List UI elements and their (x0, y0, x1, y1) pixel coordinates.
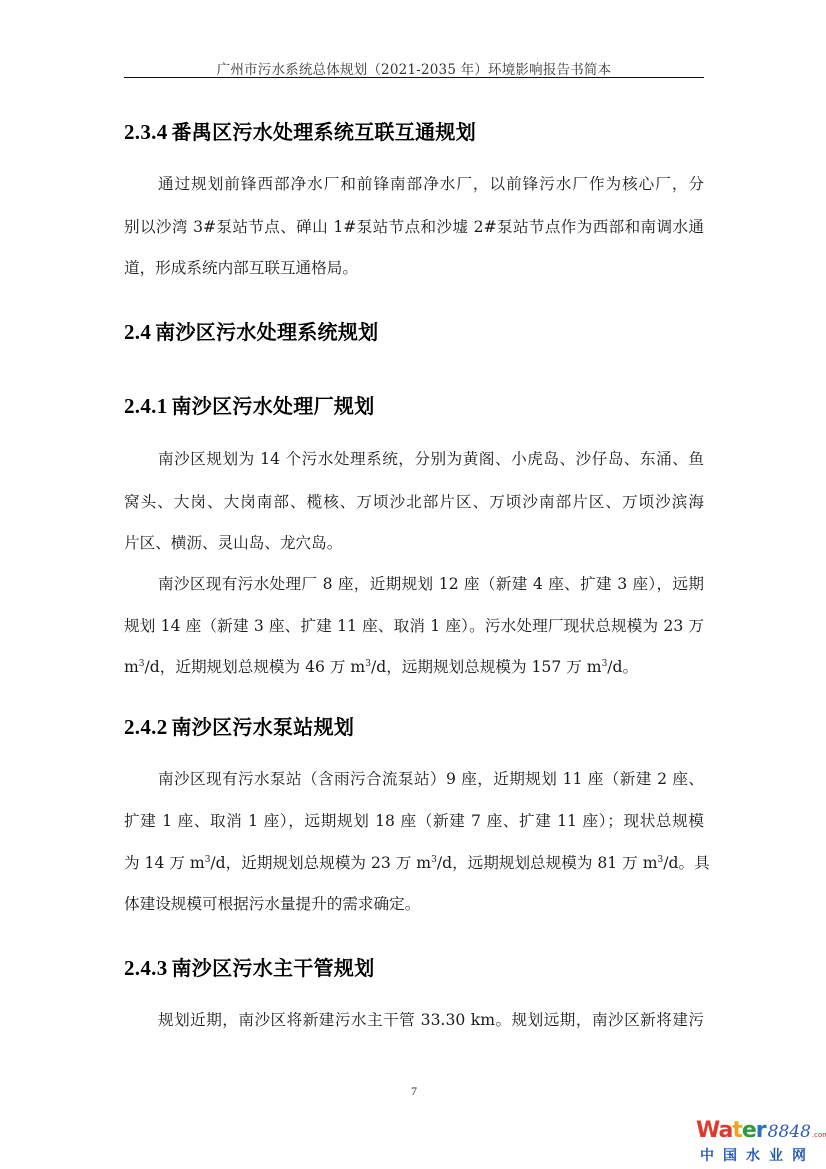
section-heading-2-3-4: 2.3.4番禺区污水处理系统互联互通规划 (124, 116, 476, 145)
watermark-domain: .com (812, 1131, 826, 1139)
paragraph-line: 别以沙湾 3#泵站节点、䃅山 1#泵站节点和沙墟 2#泵站节点作为西部和南调水通 (124, 215, 704, 237)
section-number: 2.3.4 (124, 120, 168, 144)
paragraph-line: 道，形成系统内部互联互通格局。 (124, 256, 704, 278)
section-title: 南沙区污水处理厂规划 (172, 394, 375, 418)
paragraph-line: 扩建 1 座、取消 1 座），远期规划 18 座（新建 7 座、扩建 11 座）… (124, 809, 704, 831)
paragraph-line: 片区、横沥、灵山岛、龙穴岛。 (124, 531, 704, 553)
page-number: 7 (404, 1084, 424, 1099)
section-heading-2-4: 2.4南沙区污水处理系统规划 (124, 316, 378, 345)
text-run: /d，近期规划总规模为 23 万 m (210, 854, 431, 872)
text-run: 为 14 万 m (124, 854, 205, 872)
text-run: /d，近期规划总规模为 46 万 m (145, 658, 366, 676)
paragraph-line: 南沙区现有污水处理厂 8 座，近期规划 12 座（新建 4 座、扩建 3 座），… (158, 572, 704, 594)
section-heading-2-4-2: 2.4.2南沙区污水泵站规划 (124, 711, 354, 740)
paragraph-line: 通过规划前锋西部净水厂和前锋南部净水厂，以前锋污水厂作为核心厂，分 (158, 172, 704, 194)
watermark-letter: a (718, 1118, 732, 1143)
watermark-chinese: 中国水业网 (700, 1145, 815, 1165)
section-number: 2.4.1 (124, 394, 168, 418)
section-title: 南沙区污水处理系统规划 (155, 320, 378, 344)
section-heading-2-4-1: 2.4.1南沙区污水处理厂规划 (124, 390, 375, 419)
paragraph-line: 南沙区规划为 14 个污水处理系统，分别为黄阁、小虎岛、沙仔岛、东涌、鱼 (158, 447, 704, 469)
section-number: 2.4.3 (124, 956, 168, 980)
paragraph-line: 规划 14 座（新建 3 座、扩建 11 座、取消 1 座）。污水处理厂现状总规… (124, 614, 704, 636)
text-run: /d，远期规划总规模为 157 万 m (371, 658, 602, 676)
text-run: /d。 (607, 658, 638, 676)
paragraph-line: m3/d，近期规划总规模为 46 万 m3/d，远期规划总规模为 157 万 m… (124, 655, 704, 677)
text-run: /d。具 (663, 854, 709, 872)
watermark-digits: 8848 (768, 1122, 811, 1142)
watermark-letter: e (742, 1118, 756, 1143)
paragraph-line: 窝头、大岗、大岗南部、榄核、万顷沙北部片区、万顷沙南部片区、万顷沙滨海 (124, 490, 704, 512)
text-run: m (124, 658, 139, 676)
text-run: /d，远期规划总规模为 81 万 m (437, 854, 658, 872)
section-title: 番禺区污水处理系统互联互通规划 (172, 120, 477, 144)
header-rule (124, 77, 704, 78)
section-number: 2.4 (124, 320, 151, 344)
paragraph-line: 规划近期，南沙区将新建污水主干管 33.30 km。规划远期，南沙区新将建污 (158, 1008, 704, 1030)
paragraph-line: 南沙区现有污水泵站（含雨污合流泵站）9 座，近期规划 11 座（新建 2 座、 (158, 767, 704, 789)
watermark-letter: t (732, 1118, 742, 1143)
paragraph-line: 为 14 万 m3/d，近期规划总规模为 23 万 m3/d，远期规划总规模为 … (124, 851, 704, 873)
watermark-brand: Water8848.com (696, 1118, 826, 1143)
paragraph-line: 体建设规模可根据污水量提升的需求确定。 (124, 892, 704, 914)
watermark-letter: W (696, 1118, 718, 1143)
section-heading-2-4-3: 2.4.3南沙区污水主干管规划 (124, 952, 375, 981)
section-title: 南沙区污水泵站规划 (172, 715, 355, 739)
watermark-letter: r (756, 1118, 766, 1143)
section-title: 南沙区污水主干管规划 (172, 956, 375, 980)
watermark-logo: Water8848.com 中国水业网 (696, 1118, 824, 1166)
page-header-title: 广州市污水系统总体规划（2021-2035 年）环境影响报告书简本 (124, 58, 704, 78)
section-number: 2.4.2 (124, 715, 168, 739)
